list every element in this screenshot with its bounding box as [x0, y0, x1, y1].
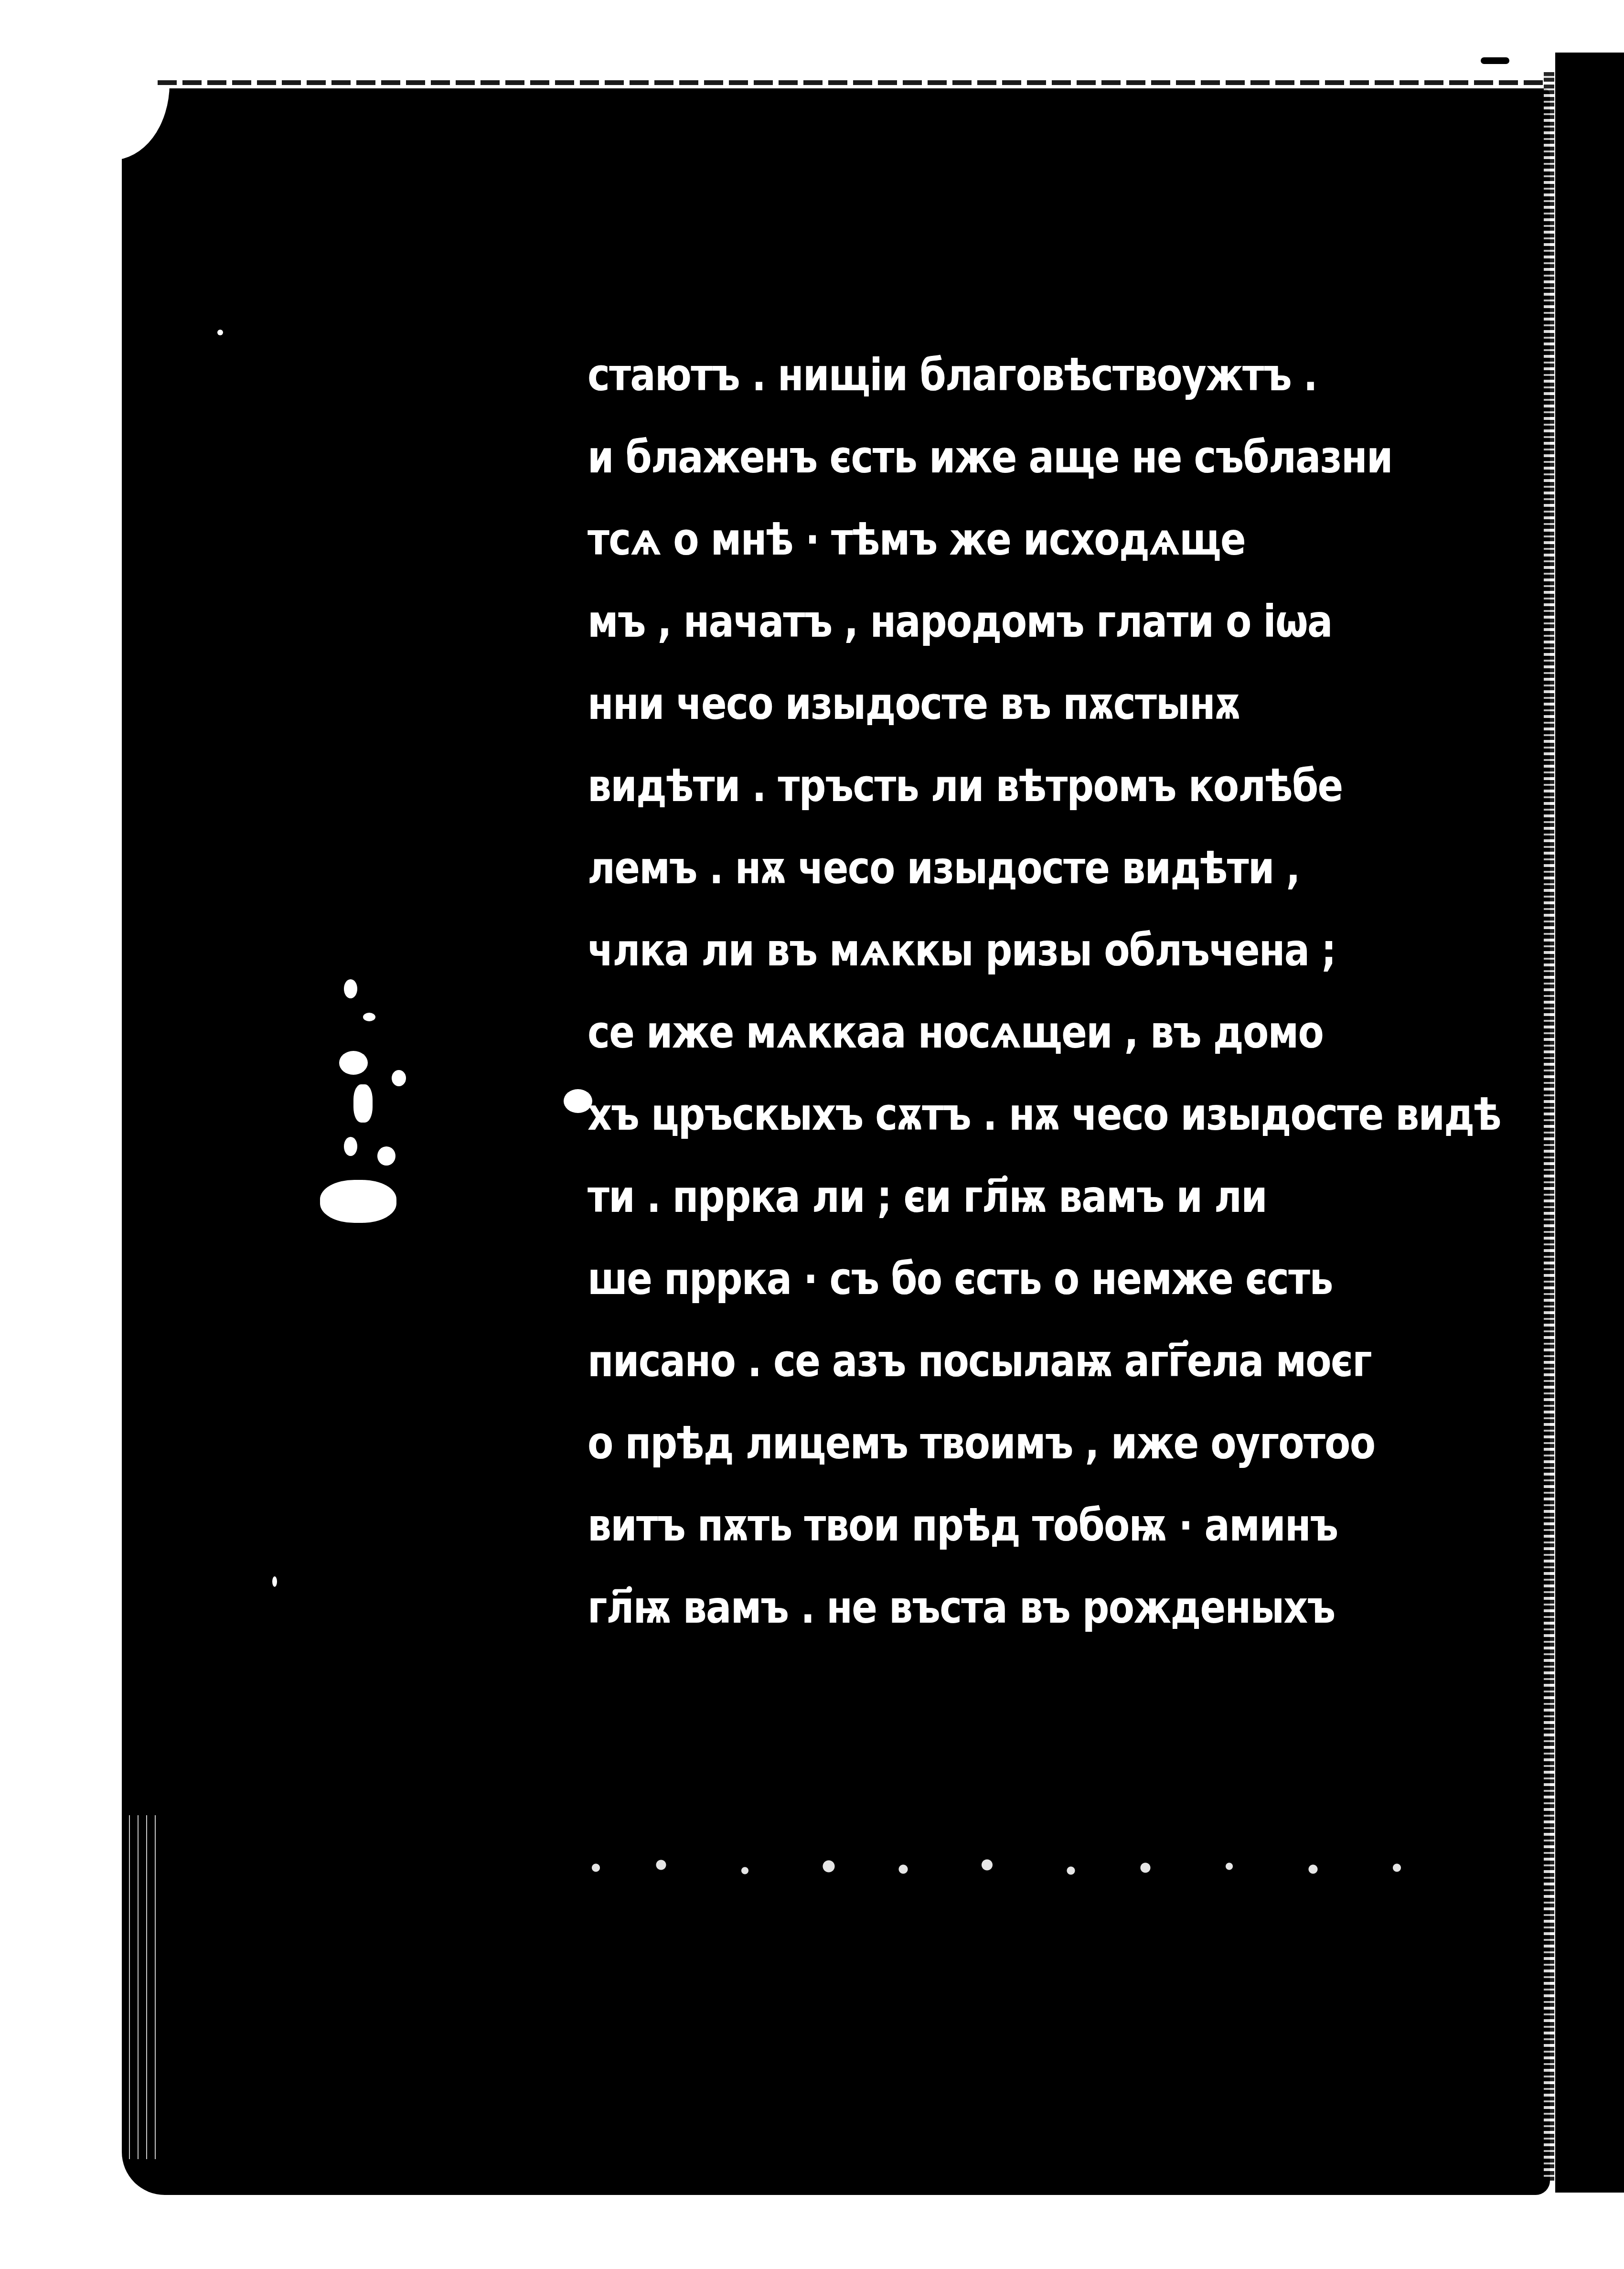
ink-blot	[392, 1070, 406, 1086]
text-line-15: витъ пѫть твои прѣд тобоѭ · аминъ	[588, 1485, 1393, 1567]
text-line-6: видѣти . тръсть ли вѣтромъ колѣбе	[588, 745, 1393, 827]
book-gutter	[1544, 69, 1554, 2181]
text-line-3: тсѧ о мнѣ · тѣмъ же исходѧще	[588, 499, 1393, 581]
bleed-through-marks	[549, 1853, 1481, 1882]
ink-blot	[339, 1051, 368, 1075]
text-line-16: гл҃ѭ вамъ . не въста въ рожденыхъ	[588, 1567, 1393, 1649]
ink-blot	[344, 979, 357, 998]
text-line-14: о прѣд лицемъ твоимъ , иже оуготоо	[588, 1402, 1393, 1485]
text-line-4: мъ , начатъ , народомъ глати о iωа	[588, 581, 1393, 663]
text-line-11: ти . пррка ли ; єи гл҃ѭ вамъ и ли	[588, 1156, 1393, 1238]
text-line-8: члка ли въ мѧккы ризы облъчена ;	[588, 910, 1393, 992]
page-top-edge	[158, 80, 1543, 85]
text-line-9: се иже мѧккаа носѧщеи , въ домо	[588, 992, 1393, 1074]
ink-blot	[344, 1137, 357, 1156]
facing-page-notch	[1481, 57, 1509, 64]
ink-blot	[320, 1180, 396, 1223]
text-line-10: хъ цръскыхъ сѫтъ . нѫ чесо изыдосте видѣ	[588, 1074, 1393, 1156]
text-line-5: нни чесо изыдосте въ пѫстынѫ	[588, 663, 1393, 745]
text-line-7: лемъ . нѫ чесо изыдосте видѣти ,	[588, 827, 1393, 910]
ink-blot	[377, 1146, 395, 1166]
text-line-13: писано . се азъ посылаѭ агг҃ела моєг	[588, 1320, 1393, 1402]
manuscript-text-block: стаютъ . нищiи благовѣствоужтъ . и блаже…	[588, 334, 1524, 1649]
text-line-2: и блаженъ єсть иже аще не съблазни	[588, 417, 1393, 499]
ink-blot	[272, 1576, 277, 1587]
ink-blot	[564, 1089, 592, 1113]
ink-blot	[353, 1084, 373, 1123]
text-line-12: ше пррка · съ бо єсть о немже єсть	[588, 1238, 1393, 1320]
text-line-1: стаютъ . нищiи благовѣствоужтъ .	[588, 334, 1393, 417]
facing-page-edge	[1555, 53, 1624, 2193]
page-frayed-edge	[125, 1815, 159, 2159]
ink-blot	[217, 330, 223, 335]
ink-blot	[363, 1013, 375, 1021]
